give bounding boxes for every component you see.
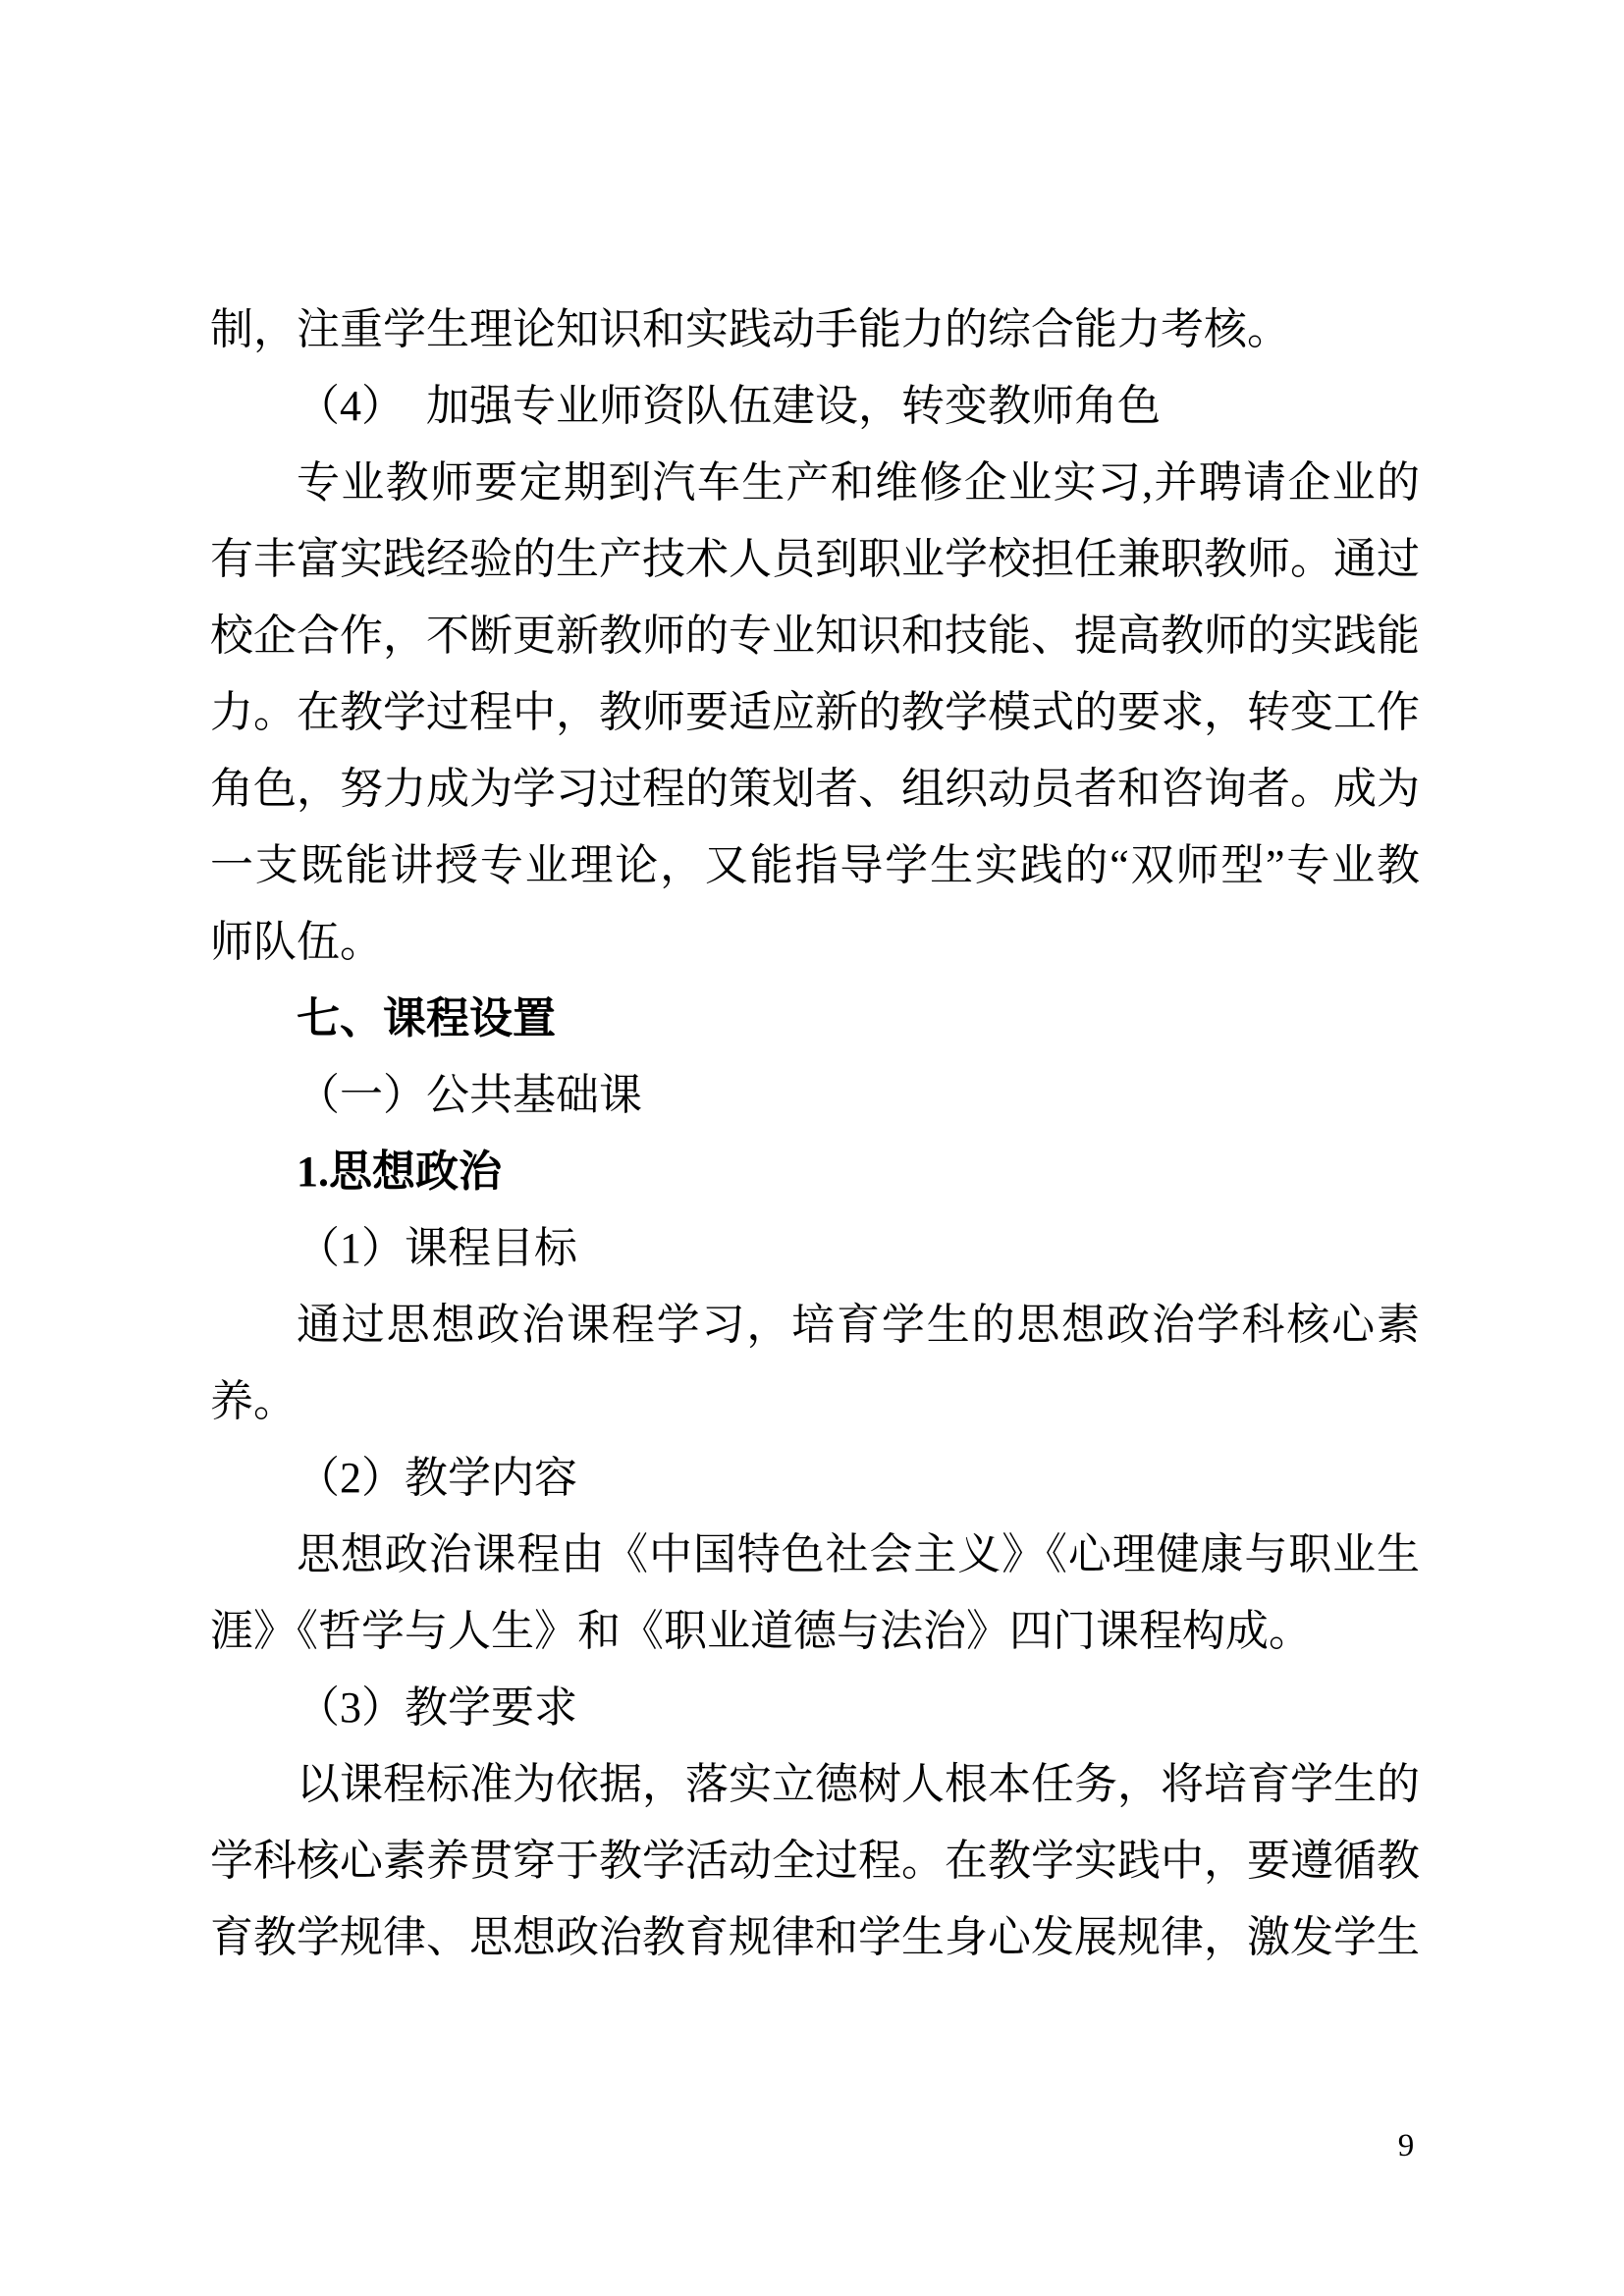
text-line: 涯》《哲学与人生》和《职业道德与法治》四门课程构成。: [210, 1593, 1420, 1670]
text-line: 专业教师要定期到汽车生产和维修企业实习,并聘请企业的: [210, 445, 1420, 521]
text-line: 力。在教学过程中，教师要适应新的教学模式的要求，转变工作: [210, 674, 1420, 751]
text-line: 养。: [210, 1363, 1420, 1440]
text-line: 一支既能讲授专业理论，又能指导学生实践的“双师型”专业教: [210, 828, 1420, 904]
heading-ideology-politics: 1.思想政治: [210, 1134, 1420, 1210]
subheading-teaching-requirements: （3）教学要求: [210, 1670, 1420, 1746]
text-line: 以课程标准为依据，落实立德树人根本任务，将培育学生的: [210, 1746, 1420, 1823]
page-number: 9: [1380, 2122, 1432, 2169]
document-body: 制，注重学生理论知识和实践动手能力的综合能力考核。 （4） 加强专业师资队伍建设…: [210, 292, 1420, 1976]
text-line: 育教学规律、思想政治教育规律和学生身心发展规律，激发学生: [210, 1899, 1420, 1976]
text-line: 校企合作，不断更新教师的专业知识和技能、提高教师的实践能: [210, 598, 1420, 674]
subheading-public-basic-courses: （一）公共基础课: [210, 1057, 1420, 1134]
document-page: 制，注重学生理论知识和实践动手能力的综合能力考核。 （4） 加强专业师资队伍建设…: [0, 0, 1624, 2296]
text-line: 通过思想政治课程学习，培育学生的思想政治学科核心素: [210, 1287, 1420, 1363]
subheading-course-objectives: （1）课程目标: [210, 1210, 1420, 1287]
text-line: 角色，努力成为学习过程的策划者、组织动员者和咨询者。成为: [210, 751, 1420, 828]
text-line: 制，注重学生理论知识和实践动手能力的综合能力考核。: [210, 292, 1420, 368]
heading-chapter-seven: 七、课程设置: [210, 981, 1420, 1057]
text-line: 思想政治课程由《中国特色社会主义》《心理健康与职业生: [210, 1517, 1420, 1593]
subheading-teaching-content: （2）教学内容: [210, 1440, 1420, 1517]
text-line: 学科核心素养贯穿于教学活动全过程。在教学实践中，要遵循教: [210, 1823, 1420, 1899]
subheading-item-4: （4） 加强专业师资队伍建设，转变教师角色: [210, 368, 1420, 445]
text-line: 有丰富实践经验的生产技术人员到职业学校担任兼职教师。通过: [210, 521, 1420, 598]
text-line: 师队伍。: [210, 904, 1420, 981]
